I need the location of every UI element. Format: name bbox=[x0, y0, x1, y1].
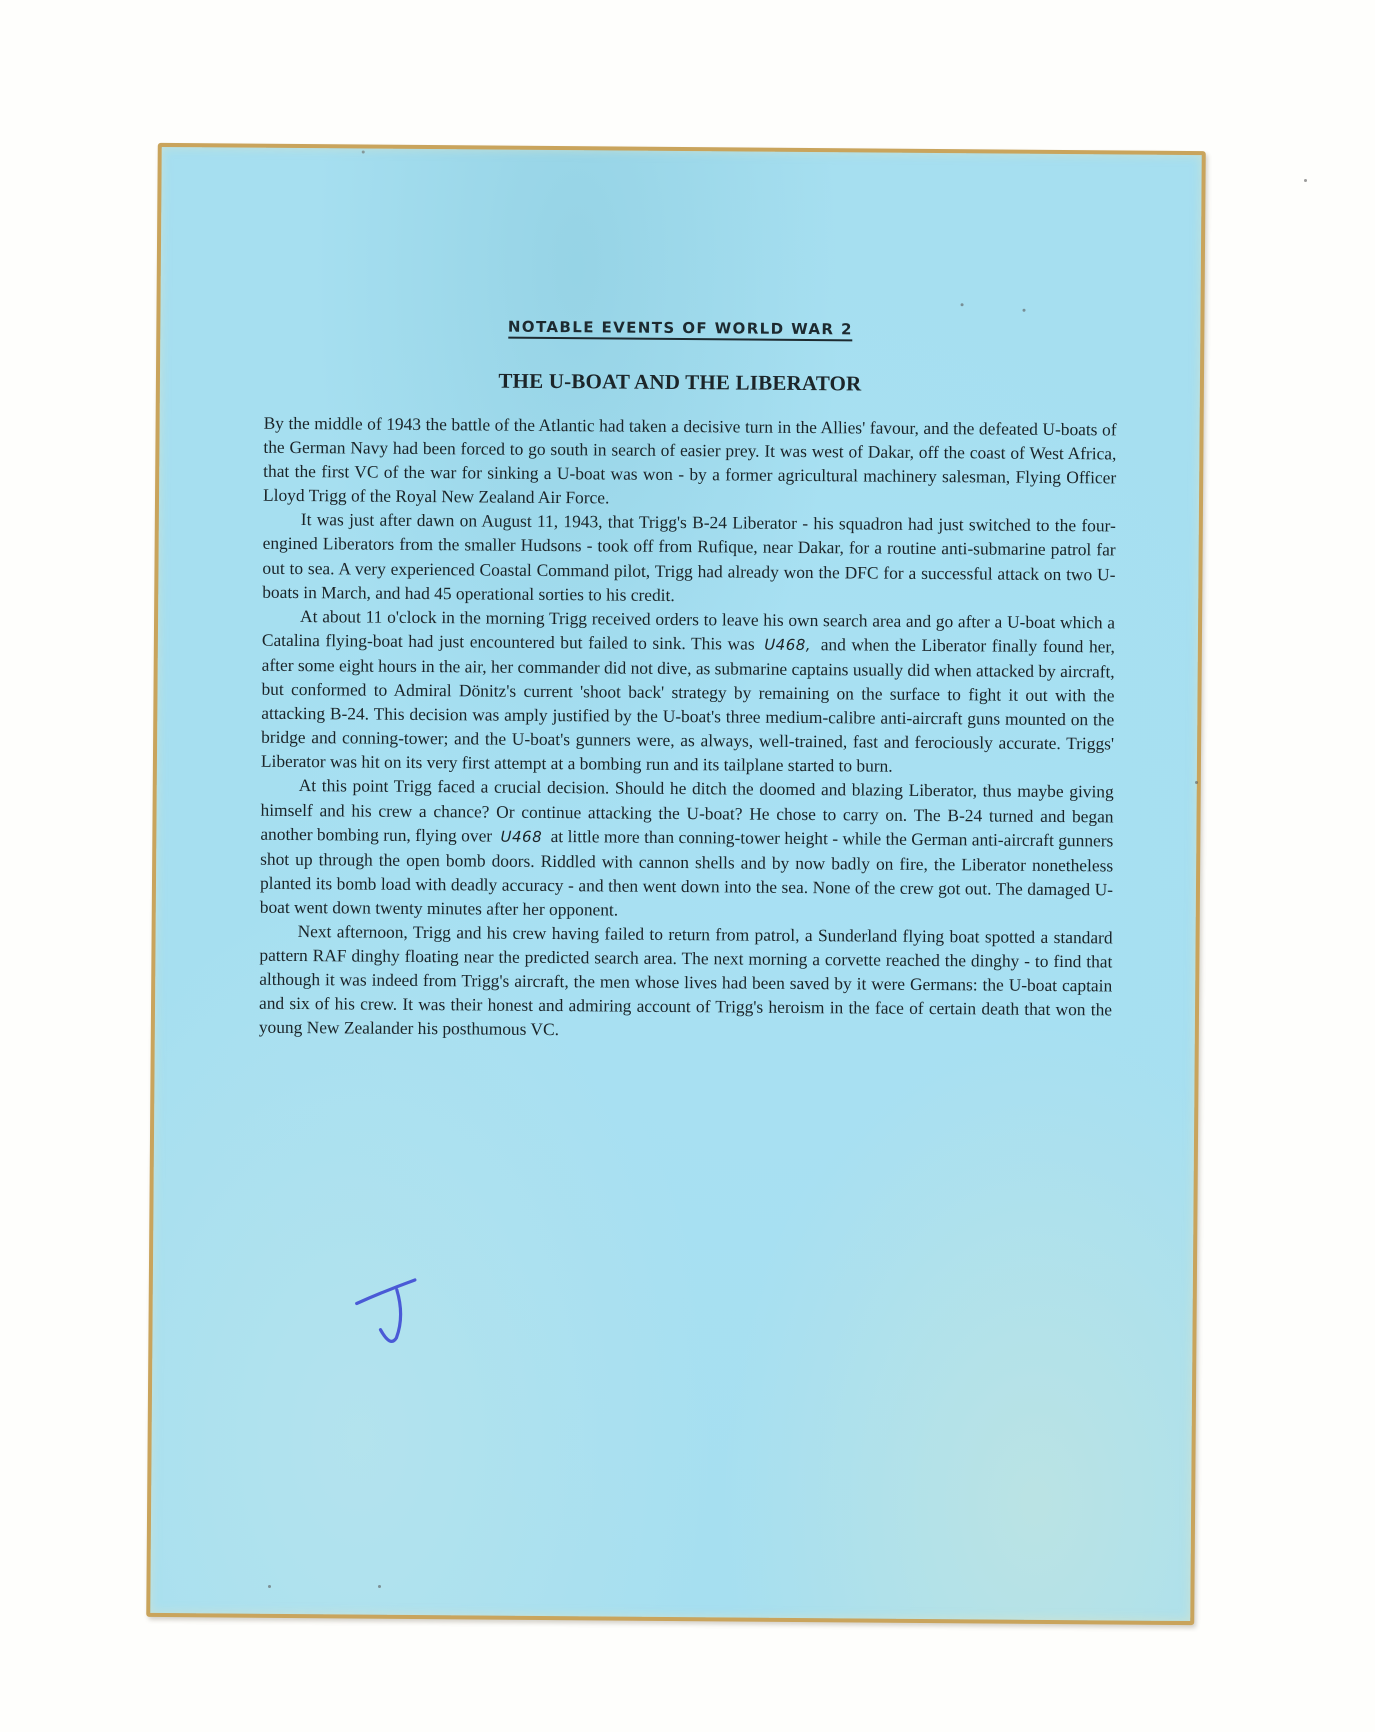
speck-decoration bbox=[1023, 309, 1026, 312]
paragraph-3: At about 11 o'clock in the morning Trigg… bbox=[261, 603, 1115, 779]
paragraph-2: It was just after dawn on August 11, 194… bbox=[262, 507, 1116, 610]
paragraph-4: At this point Trigg faced a crucial deci… bbox=[260, 773, 1114, 925]
speck-decoration bbox=[961, 303, 964, 306]
handwritten-j-mark bbox=[352, 1275, 423, 1346]
paragraph-1: By the middle of 1943 the battle of the … bbox=[263, 411, 1117, 514]
series-heading: NOTABLE EVENTS OF WORLD WAR 2 bbox=[160, 315, 1200, 341]
booklet-back-cover: NOTABLE EVENTS OF WORLD WAR 2 THE U-BOAT… bbox=[146, 143, 1206, 1625]
article-body: By the middle of 1943 the battle of the … bbox=[259, 411, 1117, 1046]
ship-name: U468, bbox=[760, 635, 815, 653]
speck-decoration bbox=[268, 1585, 271, 1588]
speck-decoration bbox=[1304, 179, 1307, 182]
speck-decoration bbox=[378, 1585, 381, 1588]
paragraph-5: Next afternoon, Trigg and his crew havin… bbox=[259, 919, 1113, 1046]
article-title: THE U-BOAT AND THE LIBERATOR bbox=[160, 366, 1200, 399]
ship-name: U468 bbox=[497, 827, 547, 845]
speck-decoration bbox=[362, 151, 365, 154]
speck-decoration bbox=[1195, 781, 1198, 784]
